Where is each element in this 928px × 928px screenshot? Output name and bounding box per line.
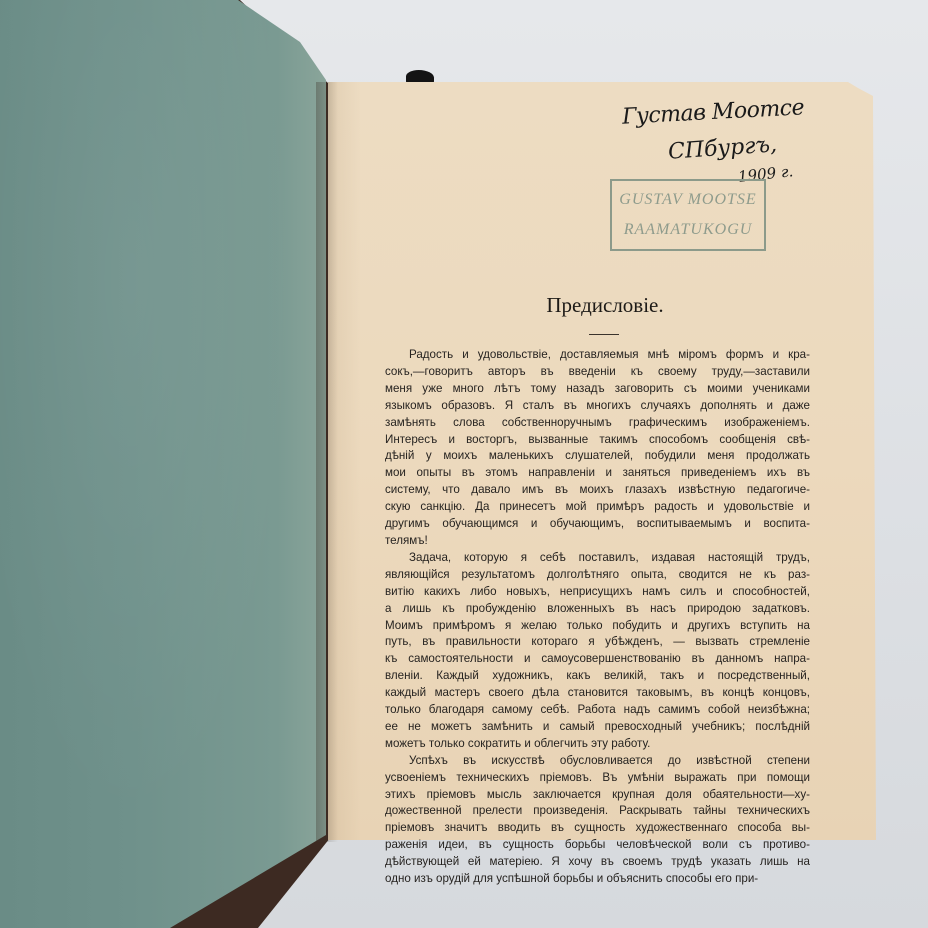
text-line: дѣній у моихъ маленькихъ слушателей, поб… [385,448,810,465]
text-line: къ самостоятельности и самоусовершенство… [385,651,810,668]
text-line: только благодаря самому себѣ. Работа над… [385,702,810,719]
text-line: каждый мастеръ своего дѣла становится та… [385,685,810,702]
text-line: этихъ пріемовъ мысль заключается крупная… [385,787,810,804]
text-line: пріемовъ значитъ вводить въ сущность худ… [385,820,810,837]
text-line: путь, въ правильности котораго я убѣжден… [385,634,810,651]
text-line: Задача, которую я себѣ поставилъ, издава… [385,550,810,567]
stamp-line-1: GUSTAV MOOTSE [612,185,764,215]
text-line: сокъ,—говоритъ авторъ въ введеніи къ сво… [385,364,810,381]
text-line: дожественной прелести произведенія. Раск… [385,803,810,820]
text-line: систему, что давало имъ въ моихъ глазахъ… [385,482,810,499]
text-line: усвоеніемъ техническихъ пріемовъ. Въ умѣ… [385,770,810,787]
text-line: Моимъ примѣромъ я желаю только побудить … [385,618,810,635]
text-line: раженія идеи, въ сущность борьбы человѣч… [385,837,810,854]
text-line: а лишь къ пробужденію вложенныхъ въ насъ… [385,601,810,618]
text-line: можетъ только сократить и облегчить эту … [385,736,810,753]
text-line: мои опыты въ этомъ направленіи и занятьс… [385,465,810,482]
preface-body: Радость и удовольствіе, доставляемыя мнѣ… [385,347,810,888]
bookmark-ribbon [406,70,434,84]
page-title: Предисловіе. [450,293,760,318]
text-line: одно изъ орудій для успѣшной борьбы и об… [385,871,810,888]
text-line: языкомъ образовъ. Я сталъ въ многихъ слу… [385,398,810,415]
green-endpaper [0,0,326,928]
text-line: вленіи. Каждый художникъ, какъ великій, … [385,668,810,685]
text-line: витію какихъ либо новыхъ, неприсущихъ на… [385,584,810,601]
text-line: ее не можетъ замѣнить и самый превосходн… [385,719,810,736]
text-line: замѣнять слова собственноручнымъ графиче… [385,415,810,432]
text-line: другимъ обучающимся и обучающимъ, воспит… [385,516,810,533]
text-line: скую санкцію. Да принесетъ мой примѣръ р… [385,499,810,516]
stamp-line-2: RAAMATUKOGU [612,215,764,245]
text-line: телямъ! [385,533,810,550]
library-stamp: GUSTAV MOOTSE RAAMATUKOGU [610,179,766,251]
text-line: являющійся результатомъ долголѣтняго опы… [385,567,810,584]
text-line: дѣйствующей ей матеріею. Я хочу въ своем… [385,854,810,871]
text-line: Интересъ и восторгъ, вызванные такимъ сп… [385,432,810,449]
text-line: меня уже много лѣтъ тому назадъ заговори… [385,381,810,398]
text-line: Радость и удовольствіе, доставляемыя мнѣ… [385,347,810,364]
gutter-shadow [316,82,338,842]
title-divider [589,334,619,335]
text-line: Успѣхъ въ искусствѣ обусловливается до и… [385,753,810,770]
